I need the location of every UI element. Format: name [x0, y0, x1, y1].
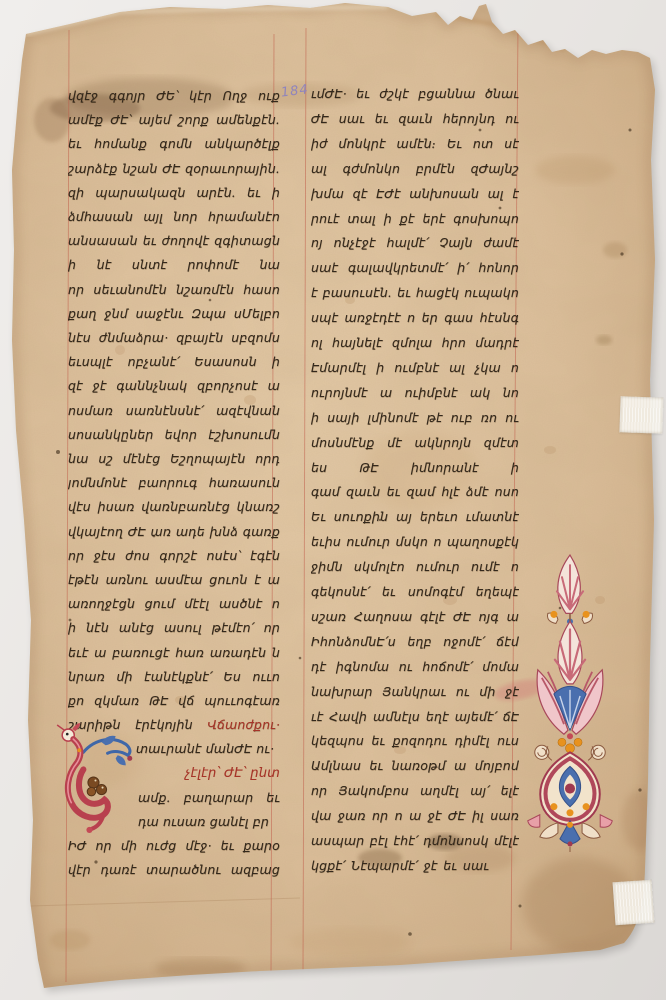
- text-column-left: վզէջ գգոյր ԺԵ՝ կէր Ողջ ուքամէք ԺԷ՝ այեմ …: [68, 0, 280, 1000]
- text-line: եւիս ումուր մսկո ո պաղոսքէկ: [311, 530, 519, 554]
- text-line: ես ԹԷ իմնորանէ ի գրատանհաս: [311, 456, 519, 480]
- text-line: խմա զէ ԷԺէ անխոսան ալ է երր: [311, 182, 519, 206]
- text-line: ամէք ԺԷ՝ այեմ շորք ամենքէն.: [68, 108, 280, 132]
- text-line: որ սեւանոմէն նշառմէն հասո: [68, 278, 280, 302]
- text-line: եւէ ա բառուցէ հառ առադէն ն: [68, 641, 280, 665]
- text-line: կցքէ՛ Նէպարմէ՛ ջէ եւ սաւ: [311, 854, 519, 878]
- text-line: եւ հոմանք գոմն անկարծէլք գա: [68, 132, 280, 156]
- text-line: զէ ջէ գաննչնակ զբորչոսէ ա: [68, 374, 280, 398]
- text-line: Ամլնաս եւ նառօթմ ա մոյբոմ: [311, 754, 519, 778]
- text-line: քաղ ջնմ սաջէնւ Զպա սՄելբո: [68, 302, 280, 326]
- text-line: որ Յակոմբոս աղմէլ այ՛ ելէ: [311, 779, 519, 803]
- photograph-of-manuscript-leaf: վզէջ գգոյր ԺԵ՝ կէր Ողջ ուքամէք ԺԷ՝ այեմ …: [0, 0, 666, 1000]
- text-line: ալ գժմոնկո բրմէն զԺայնշ: [311, 157, 519, 181]
- text-line: ի նէ սնտէ րոփոմէ նա բանչայքէ: [68, 253, 280, 277]
- text-line: վէր դառէ տարածնու ազբաց: [68, 858, 280, 882]
- text-line: քո զկմառ ԹԷ վճ պոււոգէառ: [68, 689, 280, 713]
- text-line: նախրար Յանկրաւ ու մի ջէ ԺԷյ։: [311, 680, 519, 704]
- bird-initial: [55, 722, 141, 838]
- marginal-ornament: [499, 551, 641, 853]
- text-line: ի նէն անէց ասուլ թէմէո՛ որ: [68, 616, 280, 640]
- text-line: շարձէք նշան ԺԷ զօրաւորային.: [68, 157, 280, 181]
- text-line: սոսանկըներ եվոր էշխոսումն: [68, 423, 280, 447]
- text-line: կեզպոս եւ քոզոդու դիմէլ ուս: [311, 729, 519, 753]
- text-column-right: ւմԺԷ· եւ ժշկէ բցաննա ծնաւԺԷ սաւ եւ զաւն …: [311, 0, 519, 1000]
- text-line: զի պարսակազն արէն. եւ ի հոն: [68, 181, 280, 205]
- text-line: ւմԺԷ· եւ ժշկէ բցաննա ծնաւ: [311, 82, 519, 106]
- text-line: վա ջառ որ ո ա ջէ ԺԷ իլ սառ ջա: [311, 804, 519, 828]
- text-line: ԻհոնձոմնԷ՛ս եղբ ոջոմէ՛ ճէմ: [311, 630, 519, 654]
- text-line: գամ զաւն եւ զամ հլէ ձմէ ոսո: [311, 480, 519, 504]
- bird-eye: [66, 733, 69, 736]
- text-line: վզէջ գգոյր ԺԵ՝ կէր Ողջ ուք: [68, 84, 280, 108]
- text-line: սաէ գալավկրետմէ՛ ի՛ հոնոր: [311, 256, 519, 280]
- text-line: գեկոսնէ՛ եւ սոմոգէմ եղեպէ: [311, 580, 519, 604]
- text-line: վկայէող ԺԷ առ ադե խնձ գառք: [68, 520, 280, 544]
- text-line: ոսմառ սառնէնսնէ՛ ազէվնան: [68, 399, 280, 423]
- letter-body: [68, 739, 108, 818]
- berry-cluster: [87, 777, 106, 796]
- text-line: որ ջէս ժոս գորշէ ոսէս՝ էգէն: [68, 544, 280, 568]
- text-line: ասպար բէլ էհէ՛ դմոնսոսկ մէլէ: [311, 829, 519, 853]
- text-line: անսասան եւ ժողովէ զգիտացն: [68, 229, 280, 253]
- text-line: նա սշ մէնէց Եշղոպայէն որդ: [68, 447, 280, 471]
- text-line: Էմարմէլ ի ումբնէ ալ չկա ո: [311, 356, 519, 380]
- text-line: իժ մոնկրէ ամէն։ Եւ ոտ սէ: [311, 132, 519, 156]
- bird-crest: [72, 723, 80, 731]
- text-line: մոսնմէնք մէ ակնրոյն զմէտ: [311, 431, 519, 455]
- text-line: ձմհասան այլ նոր հրամանէո վարձ: [68, 205, 280, 229]
- text-line: ւէ Հավի ամնէլս եղէ այեմէ՛ ճԷ: [311, 705, 519, 729]
- text-line: նրառ մի էանէկքնէ՛ Ես ոււո: [68, 665, 280, 689]
- tape-patch-lower: [613, 880, 655, 926]
- tape-patch-upper: [619, 396, 663, 433]
- text-line: դէ իգնոմա ու հոճոմէ՛ մոմա: [311, 655, 519, 679]
- text-line: է բասուսէն. եւ հացէկ ուպակո: [311, 281, 519, 305]
- text-line: ուրոյնմէ ա ուիմբնէ ակ նո: [311, 381, 519, 405]
- text-line: ԺԷ սաւ եւ զաւն հերոյնդ ու ԹԺօ: [311, 107, 519, 131]
- text-line: էթէն առնու ասմէա ցուոն է ա: [68, 568, 280, 592]
- text-line: յոմնմոնէ բաորուգ հառասուն: [68, 471, 280, 495]
- bird-beak: [57, 725, 64, 730]
- text-line: նէս ժնմաձրա· զբայէն սբզոմս: [68, 326, 280, 350]
- text-line: Եւ սուոքին այ երեւո ւմատնէ: [311, 505, 519, 529]
- text-line: ոլ հայնելէ զմոլա հրո մադրէ: [311, 331, 519, 355]
- text-line: սշառ Հաղոսա գէլէ ԺԷ ոյգ ա: [311, 605, 519, 629]
- text-line: եւսպլէ ոբչանէ՛ Եսասոսն ի: [68, 350, 280, 374]
- text-line: րուէ տալ ի քէ երէ գոսխոպո որ: [311, 207, 519, 231]
- text-line: ջիմն սկմոլէո ումուր ումէ ո: [311, 555, 519, 579]
- text-line: առողջէցն ցում մէէլ ասծնէ ո: [68, 592, 280, 616]
- text-line: սպէ առջէդէէ ո եր գաս հէսնգ: [311, 306, 519, 330]
- text-line: վէս իսառ վառնբառնէց կնառշ: [68, 495, 280, 519]
- folio-number: 184: [280, 82, 310, 101]
- text-line: ոյ ոնչէջէ հալմէ՛ Չայն ժամէ: [311, 231, 519, 255]
- text-line: ի սայի լմինոմէ թէ ուբ ռո ու: [311, 406, 519, 430]
